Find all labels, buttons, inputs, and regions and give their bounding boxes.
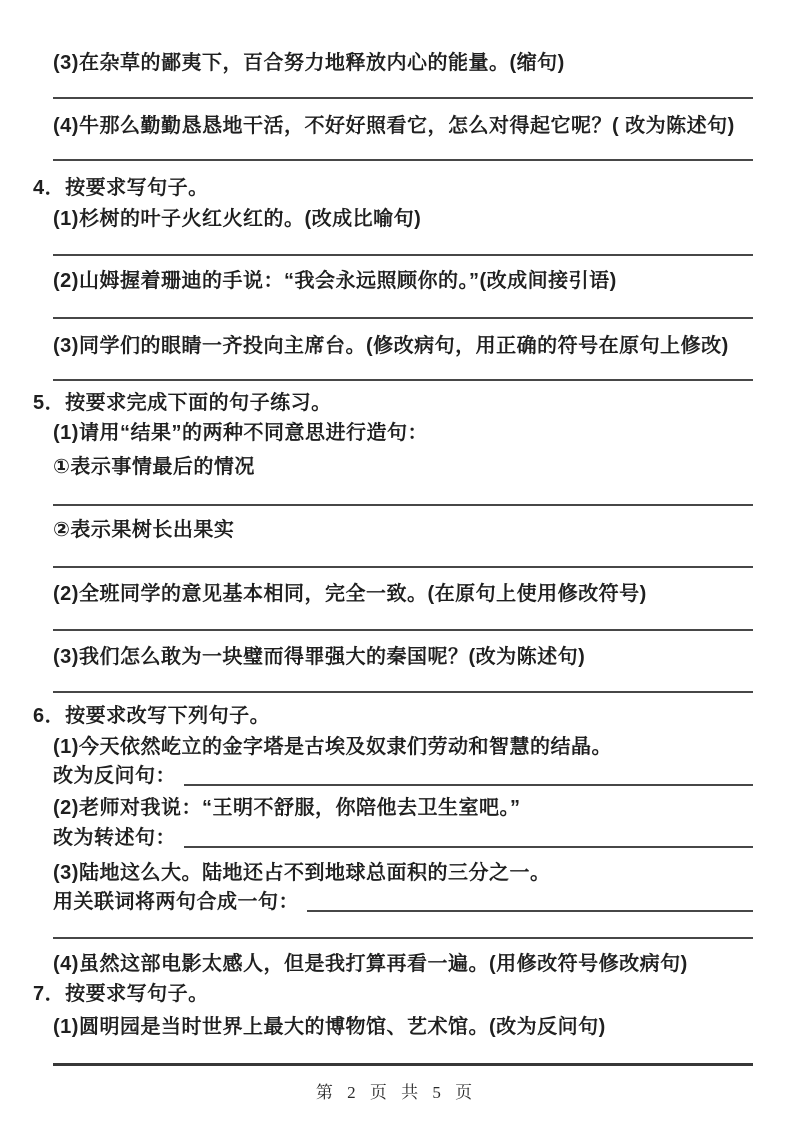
question-item: (1)请用“结果”的两种不同意思进行造句：	[53, 421, 428, 445]
fill-in-blank	[184, 784, 753, 786]
fill-in-row: 改为反问句：	[53, 764, 753, 788]
fill-in-label: 改为转述句：	[53, 826, 176, 850]
question-item: ①表示事情最后的情况	[53, 455, 255, 479]
page-number-footer: 第 2 页 共 5 页	[0, 1078, 793, 1103]
answer-line	[53, 629, 753, 631]
answer-line	[53, 254, 753, 256]
question-item: (3)陆地这么大。陆地还占不到地球总面积的三分之一。	[53, 861, 550, 885]
fill-in-blank	[307, 910, 753, 912]
question-item: (4)虽然这部电影太感人，但是我打算再看一遍。(用修改符号修改病句)	[53, 952, 688, 976]
question-heading: 7．按要求写句子。	[33, 982, 209, 1006]
fill-in-row: 改为转述句：	[53, 826, 753, 850]
answer-line	[53, 504, 753, 506]
fill-in-label: 用关联词将两句合成一句：	[53, 890, 299, 914]
question-heading: 5．按要求完成下面的句子练习。	[33, 391, 332, 415]
answer-line	[53, 379, 753, 381]
answer-line	[53, 317, 753, 319]
fill-in-row: 用关联词将两句合成一句：	[53, 890, 753, 914]
question-item: (1)今天依然屹立的金字塔是古埃及奴隶们劳动和智慧的结晶。	[53, 735, 612, 759]
question-item: (2)老师对我说：“王明不舒服，你陪他去卫生室吧。”	[53, 796, 520, 820]
question-item: (2)全班同学的意见基本相同，完全一致。(在原句上使用修改符号)	[53, 582, 647, 606]
question-item: (2)山姆握着珊迪的手说：“我会永远照顾你的。”(改成间接引语)	[53, 269, 617, 293]
question-item: (3)同学们的眼睛一齐投向主席台。(修改病句，用正确的符号在原句上修改)	[53, 334, 729, 358]
answer-line	[53, 159, 753, 161]
question-heading: 4．按要求写句子。	[33, 176, 209, 200]
worksheet-page: (3)在杂草的鄙夷下，百合努力地释放内心的能量。(缩句) (4)牛那么勤勤恳恳地…	[0, 0, 793, 1122]
question-item: (1)圆明园是当时世界上最大的博物馆、艺术馆。(改为反问句)	[53, 1015, 606, 1039]
fill-in-label: 改为反问句：	[53, 764, 176, 788]
answer-line	[53, 937, 753, 939]
question-item: ②表示果树长出果实	[53, 518, 234, 542]
answer-line	[53, 97, 753, 99]
fill-in-blank	[184, 846, 753, 848]
question-item: (4)牛那么勤勤恳恳地干活，不好好照看它，怎么对得起它呢？( 改为陈述句)	[53, 114, 735, 138]
question-item: (3)我们怎么敢为一块璧而得罪强大的秦国呢？(改为陈述句)	[53, 645, 585, 669]
answer-line	[53, 1063, 753, 1066]
answer-line	[53, 691, 753, 693]
question-item: (3)在杂草的鄙夷下，百合努力地释放内心的能量。(缩句)	[53, 51, 565, 75]
question-item: (1)杉树的叶子火红火红的。(改成比喻句)	[53, 207, 421, 231]
question-heading: 6．按要求改写下列句子。	[33, 704, 270, 728]
answer-line	[53, 566, 753, 568]
